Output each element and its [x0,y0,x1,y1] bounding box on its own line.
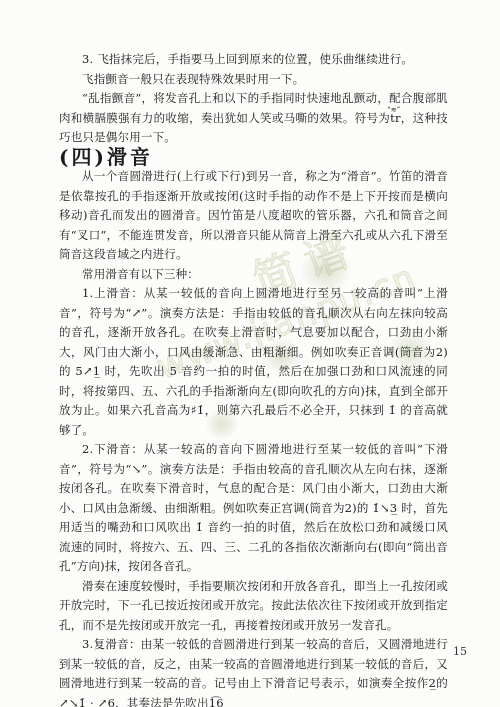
paragraph-up-glide: 1.上滑音：从某一较低的音向上圆滑地进行至另一较高的音叫“上滑音”，符号为“↗”… [59,284,448,440]
trill-wave-mark: “≋” [387,101,400,121]
paragraph-three-kinds: 常用滑音有以下三种： [59,265,448,285]
intro-line-1: 3. 飞指抹完后，手指要马上回到原来的位置，使乐曲继续进行。 [59,50,448,70]
tr-symbol-group: “≋”tr [390,109,401,129]
tr-paragraph: “乱指颤音”，将发音孔上和以下的手指同时快速地乱颤动，配合腹部肌肉和横膈膜强有力… [59,89,448,148]
page-body-text: 3. 飞指抹完后，手指要马上回到原来的位置，使乐曲继续进行。 飞指颤音一般只在表… [59,50,448,707]
intro-line-2: 飞指颤音一般只在表现特殊效果时用一下。 [59,70,448,90]
paragraph-slow-glide: 滑奏在速度较慢时，手指要顺次按闭和开放各音孔，即当上一孔按闭或开放完时，下一孔已… [59,577,448,636]
paragraph-intro-huayin: 从一个音圆滑进行(上行或下行)到另一音，称之为“滑音”。竹笛的滑音是依靠按孔的手… [59,167,448,265]
paragraph-compound-glide: 3.复滑音：由某一较低的音圆滑进行到某一较高的音后，又圆滑地进行到某一较低的音，… [59,635,448,707]
paragraph-down-glide: 2.下滑音：从某一较高的音向下圆滑地进行至某一较低的音叫“下滑音”，符号为“↘”… [59,440,448,577]
section-heading: (四)滑音 [59,148,448,168]
scanned-book-page: 简谱 www.jianpu.cn 3. 飞指抹完后，手指要马上回到原来的位置，使… [0,0,500,707]
page-number: 15 [453,645,467,658]
